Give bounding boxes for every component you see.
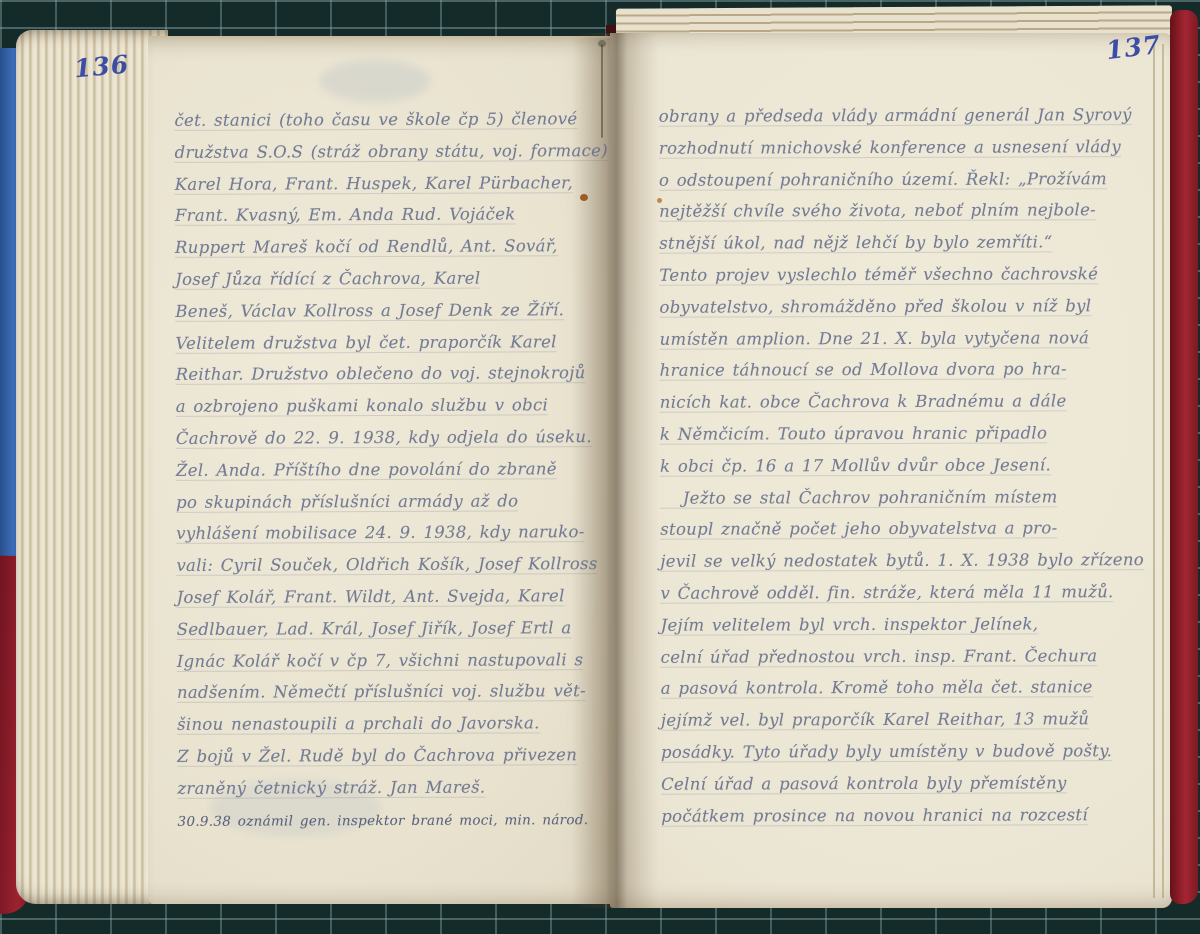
handwritten-line: a pasová kontrola. Kromě toho měla čet. … <box>661 672 1095 705</box>
handwritten-line: nicích kat. obce Čachrova k Bradnému a d… <box>660 385 1094 418</box>
handwritten-line: Josef Jůza řídící z Čachrova, Karel <box>175 262 599 296</box>
handwritten-line: Celní úřad a pasová kontrola byly přemís… <box>661 767 1095 800</box>
handwritten-text-right-page: obrany a předseda vlády armádní generál … <box>659 99 1096 832</box>
binding-thread <box>601 44 603 138</box>
handwritten-line: Frant. Kvasný, Em. Anda Rud. Vojáček <box>175 198 599 232</box>
handwritten-line: Jejím velitelem byl vrch. inspektor Jelí… <box>661 608 1095 641</box>
handwritten-line: Ruppert Mareš kočí od Rendlů, Ant. Sovář… <box>175 230 599 264</box>
handwritten-line: šinou nenastoupili a prchali do Javorska… <box>177 707 601 741</box>
handwritten-line: Žel. Anda. Příštího dne povolání do zbra… <box>176 453 600 487</box>
handwritten-line: Beneš, Václav Kollross a Josef Denk ze Ž… <box>175 294 599 328</box>
handwritten-line: Karel Hora, Frant. Huspek, Karel Pürbach… <box>175 167 599 201</box>
handwritten-line: 30.9.38 oznámil gen. inspektor brané moc… <box>177 803 601 837</box>
handwritten-line: stoupl značně počet jeho obyvatelstva a … <box>660 513 1094 546</box>
handwritten-line: v Čachrově odděl. fin. stráže, která měl… <box>660 576 1094 609</box>
handwritten-line: celní úřad přednostou vrch. insp. Frant.… <box>661 640 1095 673</box>
handwritten-line: obyvatelstvo, shromážděno před školou v … <box>659 290 1093 323</box>
photo-of-open-chronicle-book: 136 137 čet. stanici (toho času ve škole… <box>0 0 1200 934</box>
handwritten-line: po skupinách příslušníci armády až do <box>176 485 600 519</box>
handwritten-line: vali: Cyril Souček, Oldřich Košík, Josef… <box>176 548 600 582</box>
handwritten-line: družstva S.O.S (stráž obrany státu, voj.… <box>175 135 599 169</box>
handwritten-line: posádky. Tyto úřady byly umístěny v budo… <box>661 735 1095 768</box>
page-stack-right-edges <box>1146 44 1172 898</box>
handwritten-line: umístěn amplion. Dne 21. X. byla vytyčen… <box>660 322 1094 355</box>
handwritten-line: rozhodnutí mnichovské konference a usnes… <box>659 131 1093 164</box>
handwritten-line: Tento projev vyslechlo téměř všechno čac… <box>659 258 1093 291</box>
book-cover-red-right <box>1170 10 1198 904</box>
handwritten-line: nejtěžší chvíle svého života, neboť plní… <box>659 195 1093 228</box>
page-stack-left-edges <box>16 30 168 904</box>
handwritten-line: nadšením. Němečtí příslušníci voj. služb… <box>177 675 601 709</box>
handwritten-line: počátkem prosince na novou hranici na ro… <box>661 799 1095 832</box>
handwritten-line: Ježto se stal Čachrov pohraničním místem <box>660 481 1094 514</box>
handwritten-line: k obci čp. 16 a 17 Mollův dvůr obce Jese… <box>660 449 1094 482</box>
handwritten-line: Z bojů v Žel. Rudě byl do Čachrova přive… <box>177 739 601 773</box>
handwritten-line: čet. stanici (toho času ve škole čp 5) č… <box>174 103 598 137</box>
handwritten-line: hranice táhnoucí se od Mollova dvora po … <box>660 354 1094 387</box>
handwritten-line: Sedlbauer, Lad. Král, Josef Jiřík, Josef… <box>177 612 601 646</box>
handwritten-line: Ignác Kolář kočí v čp 7, všichni nastupo… <box>177 644 601 678</box>
handwritten-line: Čachrově do 22. 9. 1938, kdy odjela do ú… <box>176 421 600 455</box>
handwritten-line: jevil se velký nedostatek bytů. 1. X. 19… <box>660 544 1094 577</box>
handwritten-line: jejímž vel. byl praporčík Karel Reithar,… <box>661 703 1095 736</box>
handwritten-line: obrany a předseda vlády armádní generál … <box>659 99 1093 132</box>
handwritten-text-left-page: čet. stanici (toho času ve škole čp 5) č… <box>174 103 601 836</box>
handwritten-line: k Němčicím. Touto úpravou hranic připadl… <box>660 417 1094 450</box>
handwritten-line: zraněný četnický stráž. Jan Mareš. <box>177 771 601 805</box>
handwritten-line: a ozbrojeno puškami konalo službu v obci <box>176 389 600 423</box>
handwritten-line: stnější úkol, nad nějž lehčí by bylo zem… <box>659 226 1093 259</box>
handwritten-line: Josef Kolář, Frant. Wildt, Ant. Svejda, … <box>176 580 600 614</box>
handwritten-line: o odstoupení pohraničního území. Řekl: „… <box>659 163 1093 196</box>
handwritten-line: vyhlášení mobilisace 24. 9. 1938, kdy na… <box>176 516 600 550</box>
handwritten-line: Velitelem družstva byl čet. praporčík Ka… <box>175 326 599 360</box>
handwritten-line: Reithar. Družstvo oblečeno do voj. stejn… <box>176 357 600 391</box>
page-number-left: 136 <box>73 50 131 84</box>
